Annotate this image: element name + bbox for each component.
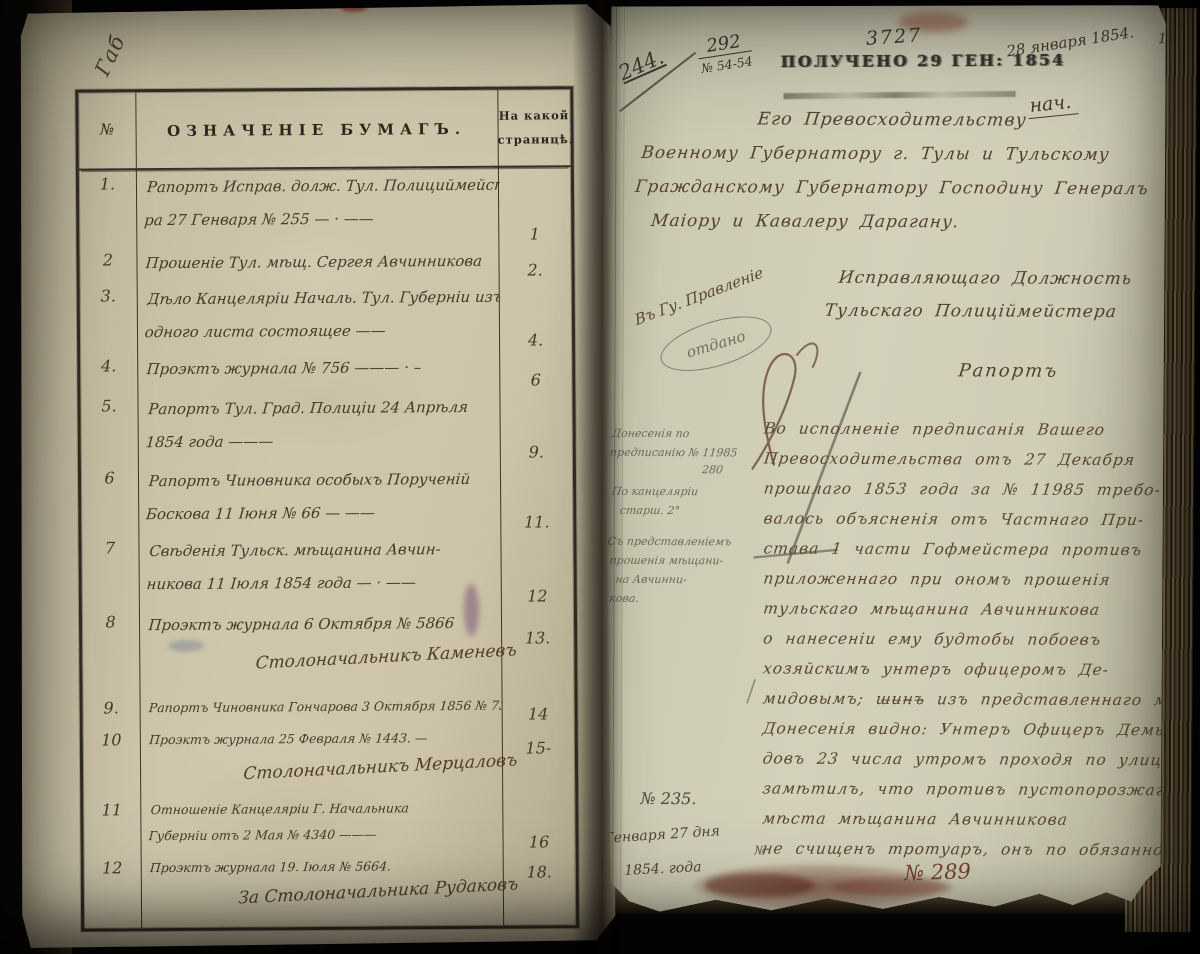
row-page-number: 9.	[500, 442, 573, 463]
body-line: мѣста мѣщанина Авчинникова	[761, 809, 1069, 828]
row-description-line: ра 27 Генваря № 255 — · ——	[143, 202, 499, 237]
row-description: Рапортъ Исправ. долж. Тул. Полициймейсте…	[133, 169, 501, 248]
margin-pencil-note: кова.	[609, 592, 640, 605]
right-page: 244. 292 № 54-54 3727 ПОЛУЧЕНО 29 ГЕН: 1…	[604, 3, 1166, 935]
row-number: 7	[81, 535, 139, 609]
table-row: 1.Рапортъ Исправ. долж. Тул. Полициймейс…	[79, 168, 572, 247]
table-row: 7Свѣденія Тульск. мѣщанина Авчин-никова …	[81, 532, 574, 609]
page-header-line1: На какой	[497, 103, 570, 128]
row-number: 10	[83, 727, 140, 761]
clerk-mark: нач.	[1027, 90, 1079, 119]
table-row: 4.Проэктъ журнала № 756 ——— · –6	[80, 350, 572, 393]
margin-pencil-notes: Донесенія попредписанію № 11985280По кан…	[608, 3, 1166, 5]
row-description-line: Проэктъ журнала 6 Октября № 5866	[147, 607, 503, 642]
row-description: Рапортъ Тул. Град. Полиціи 24 Апрѣля1854…	[135, 391, 503, 466]
body-line: Превосходительства отъ 27 Декабря	[763, 449, 1136, 469]
gutter-crease	[612, 3, 617, 933]
row-number: 4.	[80, 353, 137, 393]
row-page-number: 12	[501, 586, 574, 607]
margin-pencil-note: 280	[701, 463, 723, 476]
row-number: 1.	[79, 171, 137, 247]
row-description: Проэктъ журнала № 756 ——— · –	[136, 351, 501, 394]
page-header-line2: страницѣ.	[498, 127, 571, 152]
table-row: 3.Дѣло Канцеляріи Началь. Тул. Губерніи …	[80, 280, 572, 353]
row-description: Отношеніе Канцеляріи Г. НачальникаГуберн…	[138, 795, 505, 856]
row-page-number: 14	[502, 704, 575, 725]
address-line: Военному Губернатору г. Тулы и Тульскому	[640, 143, 1110, 165]
table-row: 11Отношеніе Канцеляріи Г. НачальникаГубе…	[83, 794, 575, 855]
ledger-rows: 1.Рапортъ Исправ. долж. Тул. Полициймейс…	[79, 168, 576, 927]
row-description-line: Рапортъ Исправ. долж. Тул. Полициймейсте…	[146, 169, 502, 204]
body-line: о нанесеніи ему будтобы побоевъ	[762, 629, 1102, 648]
row-page-number: 4.	[499, 330, 572, 351]
address-line: Его Превосходительству	[756, 109, 1027, 130]
archival-scan: Габ № ОЗНАЧЕНІЕ БУМАГЪ. На какой страниц…	[0, 0, 1200, 954]
margin-pencil-note: прошенія мѣщани-	[609, 554, 724, 567]
margin-pencil-note: Донесенія по	[611, 427, 690, 440]
margin-pencil-note: По канцеляріи	[611, 485, 699, 498]
margin-pencil-note: на Авчинни-	[615, 573, 688, 586]
row-description-line: Дѣло Канцеляріи Началь. Тул. Губерніи из…	[146, 281, 502, 316]
folio-number: 3727	[865, 24, 923, 50]
register-fraction: 292 № 54-54	[695, 29, 755, 76]
corner-scribble: Габ	[90, 31, 130, 79]
column-header-page: На какой страницѣ.	[497, 103, 570, 152]
purple-ink-smudge	[464, 584, 479, 636]
row-description-line: никова 11 Іюля 1854 года — · ——	[145, 566, 501, 601]
row-description: Прошеніе Тул. мѣщ. Сергея Авчинникова	[135, 245, 500, 284]
row-number: 8	[82, 609, 139, 651]
row-page-number: 11.	[500, 512, 573, 533]
margin-pencil-note: старш. 2°	[619, 504, 681, 517]
red-ink-spots	[341, 4, 367, 12]
ink-blot	[704, 873, 814, 897]
row-description-line: Проэктъ журнала 25 Февраля № 1443. —	[148, 725, 503, 753]
pencil-tick	[747, 679, 755, 703]
row-description: Свѣденія Тульск. мѣщанина Авчин-никова 1…	[136, 533, 504, 610]
row-description: Рапортъ Чиновника Гончарова 3 Октября 18…	[138, 693, 503, 728]
column-header-number: №	[79, 120, 136, 138]
row-page-number: 1	[498, 224, 571, 245]
body-line: не счищенъ тротуаръ, онъ по обязанности	[761, 839, 1200, 859]
body-line: Во исполненіе предписанія Вашего	[763, 419, 1106, 438]
row-description-line: Свѣденія Тульск. мѣщанина Авчин-	[148, 533, 504, 568]
row-number: 2	[79, 247, 136, 283]
row-description-line: одного листа состоящее ——	[143, 314, 499, 349]
circled-pencil-note: отдано	[654, 306, 777, 382]
row-description-line: Рапортъ Чиновника Гончарова 3 Октября 18…	[148, 693, 503, 721]
index-table: № ОЗНАЧЕНІЕ БУМАГЪ. На какой страницѣ. 1…	[75, 86, 579, 931]
outgoing-number: № 235.	[641, 789, 697, 808]
row-description-line: Прошеніе Тул. мѣщ. Сергея Авчинникова	[144, 245, 500, 280]
ink-flourish	[796, 343, 817, 367]
body-line: приложеннаго при ономъ прошенія	[762, 569, 1111, 589]
sender-line: Тульскаго Полиціймейстера	[824, 301, 1118, 322]
smudged-number: № 289	[904, 859, 971, 885]
row-number: 6	[81, 465, 138, 535]
margin-pencil-note: Съ представленіемъ	[607, 535, 732, 549]
row-description-line: Боскова 11 Іюня № 66 — ——	[145, 496, 501, 531]
circled-pencil-word: отдано	[684, 327, 747, 362]
received-date-note: 28 января 1854.	[1005, 23, 1135, 60]
body-line: замѣтилъ, что противъ пустопорозжаго	[761, 779, 1176, 799]
address-line: Маіору и Кавалеру Дарагану.	[650, 211, 960, 232]
column-header-title: ОЗНАЧЕНІЕ БУМАГЪ.	[136, 120, 498, 141]
row-description-line: Губерніи отъ 2 Мая № 4340 ———	[148, 821, 503, 849]
body-line: тульскаго мѣщанина Авчинникова	[762, 599, 1101, 618]
document-type-heading: Рапортъ	[957, 360, 1059, 381]
sender-line: Исправляющаго Должность	[838, 268, 1133, 289]
row-page-number: 6	[499, 370, 572, 391]
report-date-line: 1854. года	[624, 859, 702, 879]
margin-pencil-note: предписанію № 11985	[609, 446, 738, 460]
body-line: мидовымъ; ш̶и̶н̶ъ̶ изъ представленнаго м…	[762, 689, 1195, 709]
body-line: става 1 части Гофмейстера противъ	[763, 539, 1144, 559]
row-page-number: 16	[502, 832, 575, 853]
row-description-line: Отношеніе Канцеляріи Г. Начальника	[150, 795, 505, 823]
report-date-line: Генваря 27 дня	[604, 823, 720, 847]
pencil-strike	[784, 91, 1016, 99]
body-line: прошлаго 1853 года за № 11985 требо-	[763, 479, 1162, 499]
row-description-line: Рапортъ Тул. Град. Полиціи 24 Апрѣля	[147, 391, 503, 426]
row-description-line: Рапортъ Чиновника особыхъ Порученій	[147, 463, 503, 498]
row-number: 3.	[80, 283, 137, 353]
row-page-number: 2.	[499, 260, 572, 281]
body-line: хозяйскимъ унтеръ офицеромъ Де-	[762, 659, 1110, 678]
table-row: 2Прошеніе Тул. мѣщ. Сергея Авчинникова2.	[79, 244, 571, 283]
small-number-mark: №	[754, 843, 765, 857]
gutter-crease	[620, 3, 625, 933]
row-number: 12	[84, 855, 141, 885]
row-number: 5.	[80, 393, 138, 465]
body-line: довъ 23 числа утромъ проходя по улицѣ	[762, 749, 1179, 769]
table-header: № ОЗНАЧЕНІЕ БУМАГЪ. На какой страницѣ.	[78, 89, 571, 170]
table-row: 5.Рапортъ Тул. Град. Полиціи 24 Апрѣля18…	[80, 390, 572, 465]
row-description: Рапортъ Чиновника особыхъ ПорученійБоско…	[135, 463, 503, 536]
left-page: Габ № ОЗНАЧЕНІЕ БУМАГЪ. На какой страниц…	[15, 4, 618, 948]
table-row: 6Рапортъ Чиновника особыхъ ПорученійБоск…	[81, 462, 573, 535]
address-line: Гражданскому Губернатору Господину Генер…	[634, 177, 1150, 199]
row-description-line: Проэктъ журнала № 756 ——— · –	[145, 351, 501, 386]
report-body: Во исполненіе предписанія ВашегоПревосхо…	[608, 3, 1166, 5]
row-description: Дѣло Канцеляріи Началь. Тул. Губерніи из…	[134, 281, 502, 354]
row-description-line: 1854 года ———	[144, 424, 500, 459]
table-row: 9.Рапортъ Чиновника Гончарова 3 Октября …	[83, 692, 575, 727]
body-line: Донесенія видно: Унтеръ Офицеръ Демы-	[762, 719, 1176, 739]
body-line: валось объясненія отъ Частнаго При-	[763, 509, 1146, 529]
